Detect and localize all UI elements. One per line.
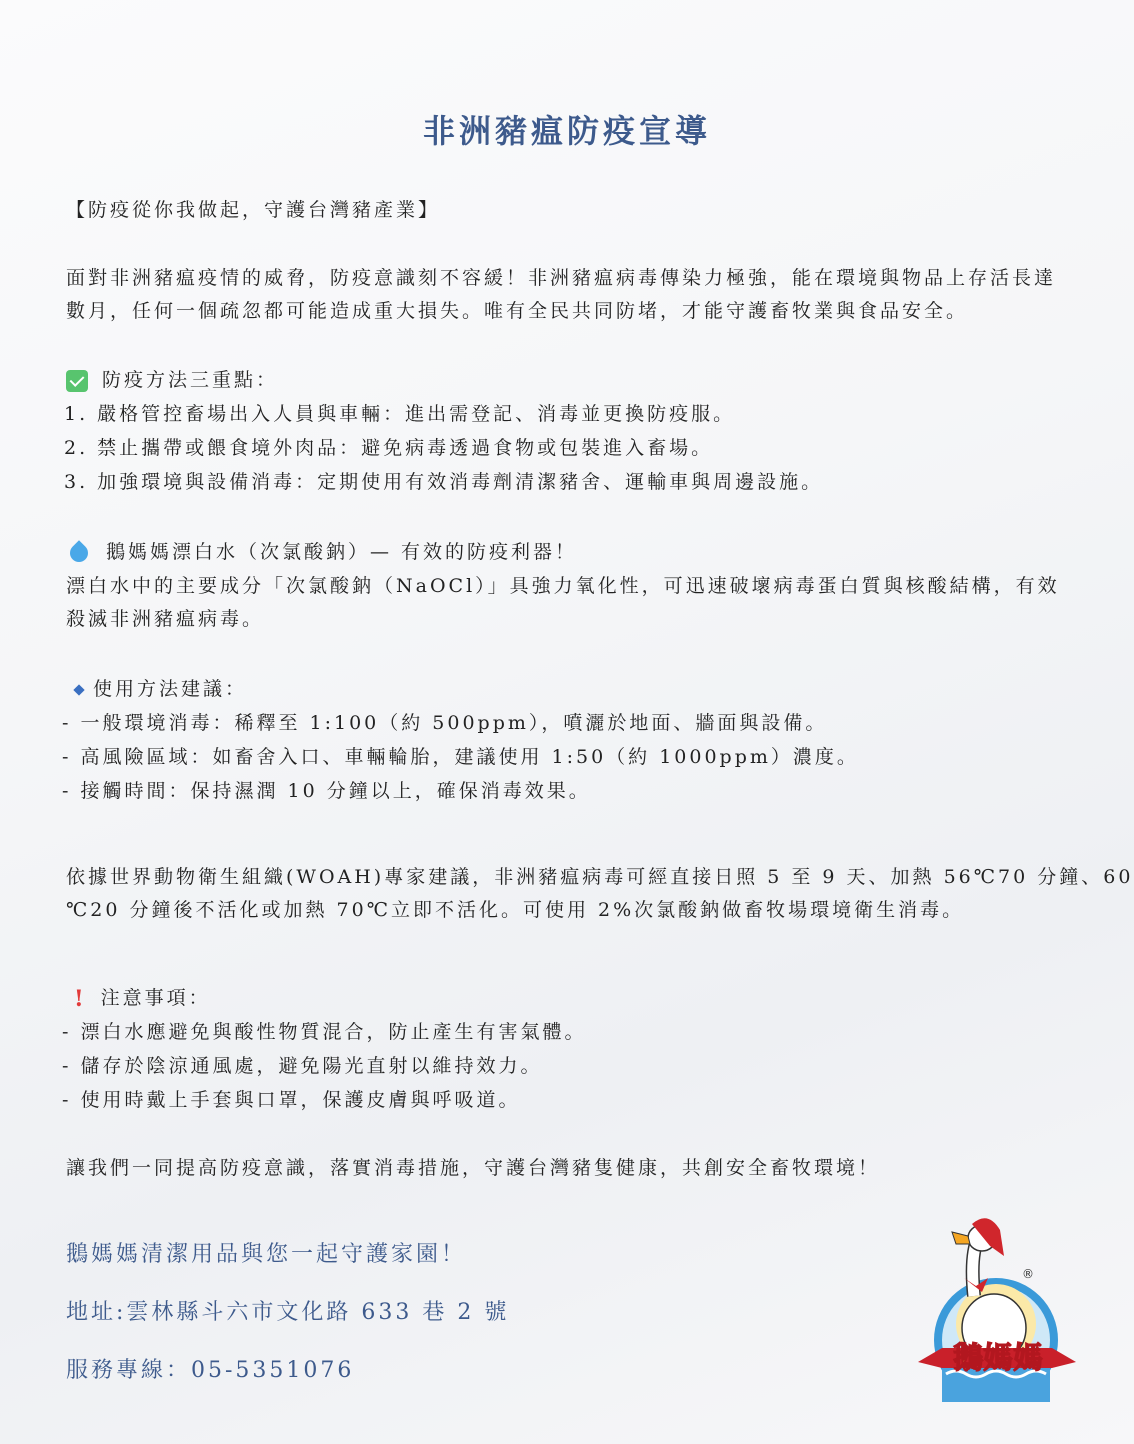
usage-item-2: - 高風險區域：如畜舍入口、車輛輪胎，建議使用 1:50（約 1000ppm）濃… xyxy=(62,745,859,769)
footer-tagline: 鵝媽媽清潔用品與您一起守護家園！ xyxy=(66,1243,466,1267)
page-title: 非洲豬瘟防疫宣導 xyxy=(0,106,1134,152)
woah-line-1: 依據世界動物衛生組織(WOAH)專家建議，非洲豬瘟病毒可經直接日照 5 至 9 … xyxy=(66,865,1133,889)
water-drop-icon xyxy=(66,540,91,565)
svg-text:®: ® xyxy=(1022,1267,1034,1281)
caution-item-2: - 儲存於陰涼通風處，避免陽光直射以維持效力。 xyxy=(62,1054,542,1078)
svg-text:鵝媽媽: 鵝媽媽 xyxy=(953,1341,1043,1376)
methods-heading-text: 防疫方法三重點： xyxy=(102,369,278,391)
usage-item-3: - 接觸時間：保持濕潤 10 分鐘以上，確保消毒效果。 xyxy=(62,779,591,803)
slogan: 【防疫從你我做起，守護台灣豬產業】 xyxy=(66,198,440,222)
method-item-2: 2. 禁止攜帶或餵食境外肉品：避免病毒透過食物或包裝進入畜場。 xyxy=(64,436,713,460)
caution-item-3: - 使用時戴上手套與口罩，保護皮膚與呼吸道。 xyxy=(62,1088,520,1112)
woah-line-2: ℃20 分鐘後不活化或加熱 70℃立即不活化。可使用 2%次氯酸鈉做畜牧場環境衛… xyxy=(66,898,964,922)
flyer-page: 非洲豬瘟防疫宣導 【防疫從你我做起，守護台灣豬產業】 面對非洲豬瘟疫情的威脅，防… xyxy=(0,0,1134,1444)
method-item-3: 3. 加強環境與設備消毒：定期使用有效消毒劑清潔豬舍、運輸車與周邊設施。 xyxy=(64,470,823,494)
methods-heading: 防疫方法三重點： xyxy=(66,368,278,392)
bleach-heading-text: 鵝媽媽漂白水（次氯酸鈉）— 有效的防疫利器！ xyxy=(106,541,577,563)
footer-address: 地址:雲林縣斗六市文化路 633 巷 2 號 xyxy=(66,1301,509,1325)
cautions-heading: !注意事項： xyxy=(66,986,211,1011)
bleach-body-1: 漂白水中的主要成分「次氯酸鈉（NaOCl）」具強力氧化性，可迅速破壞病毒蛋白質與… xyxy=(66,574,1060,598)
method-item-1: 1. 嚴格管控畜場出入人員與車輛：進出需登記、消毒並更換防疫服。 xyxy=(64,402,735,426)
usage-heading: 使用方法建議： xyxy=(66,677,247,701)
exclamation-icon: ! xyxy=(74,987,87,1011)
closing-line: 讓我們一同提高防疫意識，落實消毒措施，守護台灣豬隻健康，共創安全畜牧環境！ xyxy=(66,1156,880,1180)
usage-heading-text: 使用方法建議： xyxy=(93,678,247,700)
usage-item-1: - 一般環境消毒：稀釋至 1:100（約 500ppm），噴灑於地面、牆面與設備… xyxy=(62,711,827,735)
intro-line-1: 面對非洲豬瘟疫情的威脅，防疫意識刻不容緩！非洲豬瘟病毒傳染力極強，能在環境與物品… xyxy=(66,266,1056,290)
brand-logo: 鵝媽媽 ® xyxy=(912,1216,1082,1406)
footer-hotline: 服務專線：05-5351076 xyxy=(66,1359,354,1383)
check-icon xyxy=(66,370,88,392)
caution-item-1: - 漂白水應避免與酸性物質混合，防止產生有害氣體。 xyxy=(62,1020,586,1044)
bleach-heading: 鵝媽媽漂白水（次氯酸鈉）— 有效的防疫利器！ xyxy=(66,540,577,564)
goose-mascot-icon: 鵝媽媽 ® xyxy=(912,1216,1082,1406)
bleach-body-2: 殺滅非洲豬瘟病毒。 xyxy=(66,607,264,631)
intro-line-2: 數月，任何一個疏忽都可能造成重大損失。唯有全民共同防堵，才能守護畜牧業與食品安全… xyxy=(66,299,968,323)
cautions-heading-text: 注意事項： xyxy=(101,987,211,1009)
diamond-icon xyxy=(73,684,84,695)
